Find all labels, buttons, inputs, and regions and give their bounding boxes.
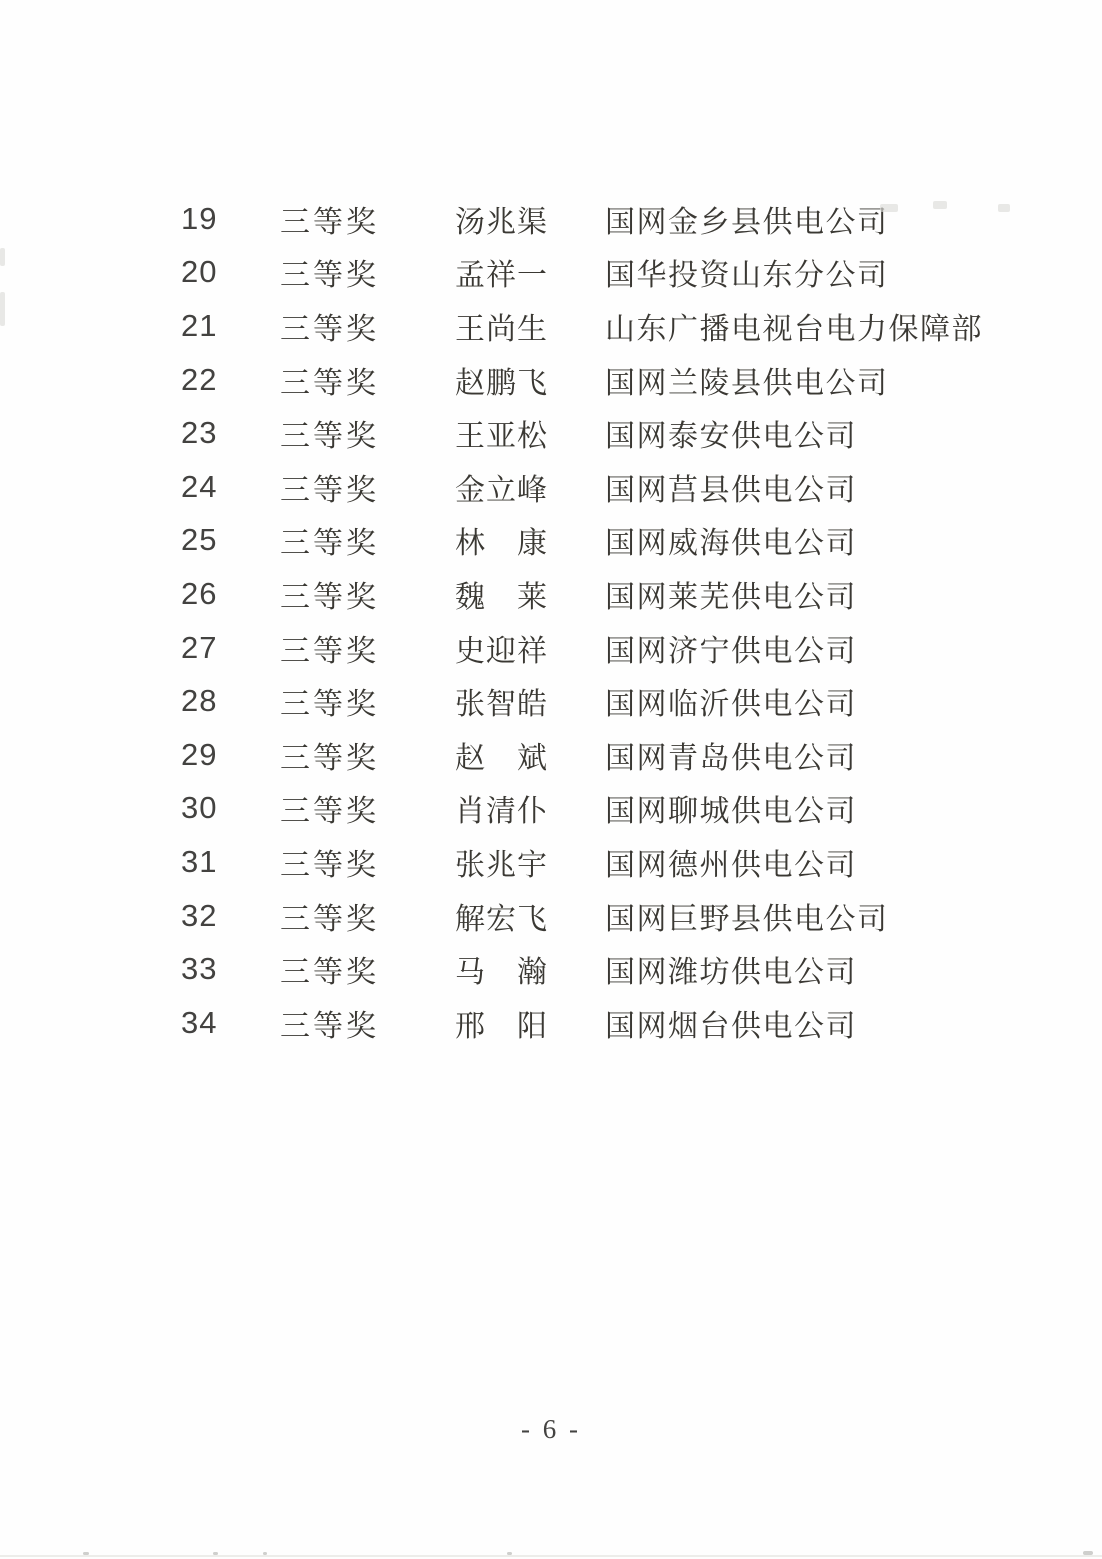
organization-name: 山东广播电视台电力保障部 bbox=[605, 304, 983, 348]
organization-name: 国网金乡县供电公司 bbox=[605, 197, 889, 241]
organization-name: 国网聊城供电公司 bbox=[605, 786, 857, 830]
row-number: 24 bbox=[181, 469, 280, 505]
table-row: 31 三等奖 张兆宇 国网德州供电公司 bbox=[0, 835, 1102, 889]
scan-artifact bbox=[0, 248, 5, 266]
award-label: 三等奖 bbox=[280, 304, 455, 348]
scanned-document-page: 19 三等奖 汤兆渠 国网金乡县供电公司 20 三等奖 孟祥一 国华投资山东分公… bbox=[0, 0, 1102, 1559]
award-label: 三等奖 bbox=[280, 411, 455, 455]
scan-artifact bbox=[998, 204, 1010, 212]
table-row: 20 三等奖 孟祥一 国华投资山东分公司 bbox=[0, 246, 1102, 300]
table-row: 30 三等奖 肖清仆 国网聊城供电公司 bbox=[0, 782, 1102, 836]
organization-name: 国网莒县供电公司 bbox=[605, 465, 857, 509]
row-number: 21 bbox=[181, 308, 280, 344]
award-label: 三等奖 bbox=[280, 840, 455, 884]
scan-artifact bbox=[880, 204, 898, 212]
organization-name: 国网巨野县供电公司 bbox=[605, 894, 889, 938]
row-number: 33 bbox=[181, 951, 280, 987]
table-row: 28 三等奖 张智皓 国网临沂供电公司 bbox=[0, 674, 1102, 728]
winner-name: 赵鹏飞 bbox=[455, 358, 605, 402]
award-label: 三等奖 bbox=[280, 250, 455, 294]
organization-name: 国华投资山东分公司 bbox=[605, 250, 889, 294]
winner-name: 孟祥一 bbox=[455, 250, 605, 294]
winner-name: 王亚松 bbox=[455, 411, 605, 455]
award-label: 三等奖 bbox=[280, 626, 455, 670]
table-row: 21 三等奖 王尚生 山东广播电视台电力保障部 bbox=[0, 299, 1102, 353]
award-label: 三等奖 bbox=[280, 358, 455, 402]
row-number: 22 bbox=[181, 362, 280, 398]
organization-name: 国网兰陵县供电公司 bbox=[605, 358, 889, 402]
row-number: 30 bbox=[181, 790, 280, 826]
winner-name: 张兆宇 bbox=[455, 840, 605, 884]
organization-name: 国网德州供电公司 bbox=[605, 840, 857, 884]
table-row: 26 三等奖 魏 莱 国网莱芜供电公司 bbox=[0, 567, 1102, 621]
award-table: 19 三等奖 汤兆渠 国网金乡县供电公司 20 三等奖 孟祥一 国华投资山东分公… bbox=[0, 192, 1102, 1050]
winner-name: 解宏飞 bbox=[455, 894, 605, 938]
winner-name: 马 瀚 bbox=[455, 947, 605, 991]
table-row: 33 三等奖 马 瀚 国网潍坊供电公司 bbox=[0, 942, 1102, 996]
award-label: 三等奖 bbox=[280, 679, 455, 723]
award-label: 三等奖 bbox=[280, 518, 455, 562]
table-row: 27 三等奖 史迎祥 国网济宁供电公司 bbox=[0, 621, 1102, 675]
award-label: 三等奖 bbox=[280, 572, 455, 616]
table-row: 25 三等奖 林 康 国网威海供电公司 bbox=[0, 514, 1102, 568]
award-label: 三等奖 bbox=[280, 947, 455, 991]
organization-name: 国网济宁供电公司 bbox=[605, 626, 857, 670]
award-label: 三等奖 bbox=[280, 465, 455, 509]
winner-name: 肖清仆 bbox=[455, 786, 605, 830]
organization-name: 国网潍坊供电公司 bbox=[605, 947, 857, 991]
winner-name: 邢 阳 bbox=[455, 1001, 605, 1045]
row-number: 26 bbox=[181, 576, 280, 612]
winner-name: 赵 斌 bbox=[455, 733, 605, 777]
row-number: 19 bbox=[181, 201, 280, 237]
row-number: 27 bbox=[181, 630, 280, 666]
scan-artifact bbox=[933, 201, 947, 209]
award-label: 三等奖 bbox=[280, 1001, 455, 1045]
organization-name: 国网泰安供电公司 bbox=[605, 411, 857, 455]
winner-name: 金立峰 bbox=[455, 465, 605, 509]
organization-name: 国网临沂供电公司 bbox=[605, 679, 857, 723]
row-number: 28 bbox=[181, 683, 280, 719]
award-label: 三等奖 bbox=[280, 197, 455, 241]
page-number: - 6 - bbox=[521, 1414, 581, 1444]
scan-artifact bbox=[0, 292, 5, 326]
row-number: 29 bbox=[181, 737, 280, 773]
organization-name: 国网威海供电公司 bbox=[605, 518, 857, 562]
row-number: 32 bbox=[181, 898, 280, 934]
table-row: 23 三等奖 王亚松 国网泰安供电公司 bbox=[0, 406, 1102, 460]
row-number: 20 bbox=[181, 254, 280, 290]
row-number: 23 bbox=[181, 415, 280, 451]
row-number: 31 bbox=[181, 844, 280, 880]
table-row: 34 三等奖 邢 阳 国网烟台供电公司 bbox=[0, 996, 1102, 1050]
award-label: 三等奖 bbox=[280, 786, 455, 830]
organization-name: 国网青岛供电公司 bbox=[605, 733, 857, 777]
table-row: 29 三等奖 赵 斌 国网青岛供电公司 bbox=[0, 728, 1102, 782]
winner-name: 林 康 bbox=[455, 518, 605, 562]
page-footer: - 6 - bbox=[0, 1414, 1102, 1445]
row-number: 25 bbox=[181, 522, 280, 558]
organization-name: 国网烟台供电公司 bbox=[605, 1001, 857, 1045]
organization-name: 国网莱芜供电公司 bbox=[605, 572, 857, 616]
award-label: 三等奖 bbox=[280, 894, 455, 938]
winner-name: 魏 莱 bbox=[455, 572, 605, 616]
scan-edge-line bbox=[0, 1555, 1102, 1557]
table-row: 32 三等奖 解宏飞 国网巨野县供电公司 bbox=[0, 889, 1102, 943]
winner-name: 张智皓 bbox=[455, 679, 605, 723]
winner-name: 史迎祥 bbox=[455, 626, 605, 670]
winner-name: 汤兆渠 bbox=[455, 197, 605, 241]
table-row: 24 三等奖 金立峰 国网莒县供电公司 bbox=[0, 460, 1102, 514]
award-label: 三等奖 bbox=[280, 733, 455, 777]
row-number: 34 bbox=[181, 1005, 280, 1041]
table-row: 22 三等奖 赵鹏飞 国网兰陵县供电公司 bbox=[0, 353, 1102, 407]
winner-name: 王尚生 bbox=[455, 304, 605, 348]
